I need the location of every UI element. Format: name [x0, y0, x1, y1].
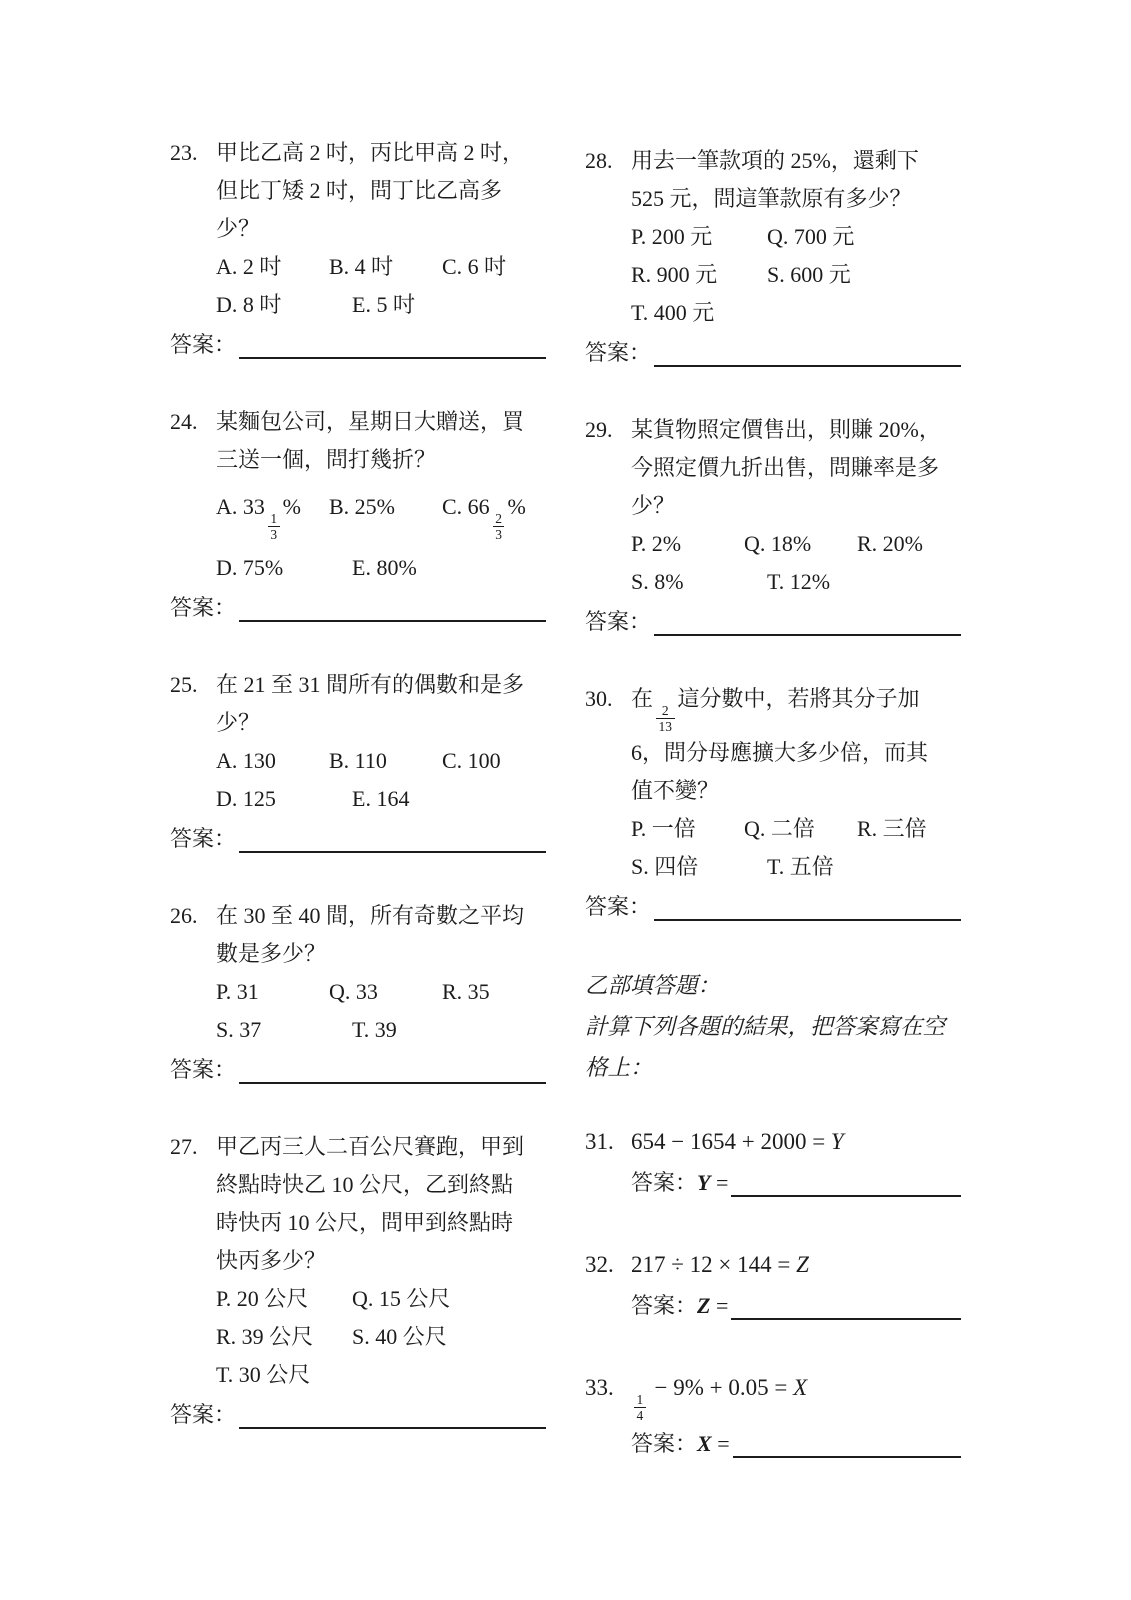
question-number: 26.	[170, 897, 216, 1049]
option: C. 6623%	[442, 488, 555, 542]
option: R. 三倍	[857, 810, 970, 848]
answer-row: 答案：Y =	[631, 1165, 963, 1201]
option: T. 400 元	[631, 294, 744, 332]
math-variable: X	[697, 1431, 712, 1456]
question-main: 32.217 ÷ 12 × 144 = Z	[585, 1245, 963, 1285]
answer-row: 答案：	[585, 889, 963, 925]
option-row: D. 125E. 164	[216, 780, 555, 818]
option: T. 五倍	[767, 848, 903, 886]
option: S. 8%	[631, 563, 767, 601]
question-body: 在 30 至 40 間，所有奇數之平均數是多少？P. 31Q. 33R. 35S…	[216, 897, 555, 1049]
question-number: 23.	[170, 134, 216, 324]
question-body: 14 − 9% + 0.05 = X	[631, 1368, 963, 1423]
answer-row: 答案：X =	[631, 1426, 963, 1462]
option: P. 2%	[631, 525, 744, 563]
answer-label: 答案：	[170, 821, 236, 857]
option-row: P. 一倍Q. 二倍R. 三倍	[631, 810, 970, 848]
fraction: 13	[268, 511, 280, 542]
option: T. 12%	[767, 563, 903, 601]
section-header-line: 乙部填答題：	[585, 965, 963, 1006]
question-block: 25.在 21 至 31 間所有的偶數和是多少？A. 130B. 110C. 1…	[170, 666, 548, 857]
option: E. 164	[352, 780, 488, 818]
question-body: 用去一筆款項的 25%，還剩下525 元，問這筆款原有多少？P. 200 元Q.…	[631, 142, 963, 332]
option-row: A. 2 吋B. 4 吋C. 6 吋	[216, 248, 555, 286]
option: T. 30 公尺	[216, 1356, 329, 1394]
question-block: 26.在 30 至 40 間，所有奇數之平均數是多少？P. 31Q. 33R. …	[170, 897, 548, 1088]
option: C. 100	[442, 742, 555, 780]
option: Q. 700 元	[767, 218, 903, 256]
question-stem-line: 在 30 至 40 間，所有奇數之平均	[216, 897, 555, 935]
question-main: 33.14 − 9% + 0.05 = X	[585, 1368, 963, 1423]
answer-label: 答案：	[585, 335, 651, 371]
answer-label: 答案：	[170, 327, 236, 363]
question-number: 31.	[585, 1122, 631, 1162]
answer-row: 答案：	[585, 335, 963, 371]
fraction: 23	[493, 511, 505, 542]
fill-question: 33.14 − 9% + 0.05 = X答案：X =	[585, 1368, 963, 1462]
answer-label: 答案：	[585, 604, 651, 640]
option-row: S. 四倍T. 五倍	[631, 848, 970, 886]
question-block: 28.用去一筆款項的 25%，還剩下525 元，問這筆款原有多少？P. 200 …	[585, 142, 963, 371]
fill-question: 32.217 ÷ 12 × 144 = Z答案：Z =	[585, 1245, 963, 1324]
option: P. 20 公尺	[216, 1280, 352, 1318]
option: A. 3313%	[216, 488, 329, 542]
question-body: 某貨物照定價售出，則賺 20%，今照定價九折出售，問賺率是多少？P. 2%Q. …	[631, 411, 970, 601]
question-number: 29.	[585, 411, 631, 601]
equation: 654 − 1654 + 2000 = Y	[631, 1122, 963, 1162]
option-row: P. 20 公尺Q. 15 公尺	[216, 1280, 548, 1318]
question-stem-line: 6，問分母應擴大多少倍，而其	[631, 734, 970, 772]
math-variable: Y	[697, 1170, 710, 1195]
column-right: 28.用去一筆款項的 25%，還剩下525 元，問這筆款原有多少？P. 200 …	[585, 142, 963, 1506]
option: S. 四倍	[631, 848, 767, 886]
question-body: 在213這分數中，若將其分子加6，問分母應擴大多少倍，而其值不變？P. 一倍Q.…	[631, 680, 970, 886]
option: R. 35	[442, 973, 555, 1011]
option-row: R. 39 公尺S. 40 公尺	[216, 1318, 548, 1356]
option-row: P. 200 元Q. 700 元	[631, 218, 963, 256]
option: S. 600 元	[767, 256, 903, 294]
answer-blank-line	[239, 825, 546, 853]
answer-blank-line	[654, 608, 961, 636]
question-block: 23.甲比乙高 2 吋，丙比甲高 2 吋，但比丁矮 2 吋，問丁比乙高多少？A.…	[170, 134, 548, 363]
question-body: 甲比乙高 2 吋，丙比甲高 2 吋，但比丁矮 2 吋，問丁比乙高多少？A. 2 …	[216, 134, 555, 324]
answer-prefix: 答案：X =	[631, 1426, 730, 1462]
question-main: 31.654 − 1654 + 2000 = Y	[585, 1122, 963, 1162]
fraction: 213	[656, 703, 675, 734]
question-body: 甲乙丙三人二百公尺賽跑，甲到終點時快乙 10 公尺，乙到終點時快丙 10 公尺，…	[216, 1128, 548, 1394]
math-variable: X	[793, 1375, 807, 1400]
question-main: 25.在 21 至 31 間所有的偶數和是多少？A. 130B. 110C. 1…	[170, 666, 548, 818]
option: Q. 18%	[744, 525, 857, 563]
question-stem-line: 525 元，問這筆款原有多少？	[631, 180, 963, 218]
option: S. 40 公尺	[352, 1318, 488, 1356]
equation: 217 ÷ 12 × 144 = Z	[631, 1245, 963, 1285]
question-number: 30.	[585, 680, 631, 886]
option: A. 2 吋	[216, 248, 329, 286]
question-block: 29.某貨物照定價售出，則賺 20%，今照定價九折出售，問賺率是多少？P. 2%…	[585, 411, 963, 640]
question-stem-line: 甲乙丙三人二百公尺賽跑，甲到	[216, 1128, 548, 1166]
option: S. 37	[216, 1011, 352, 1049]
question-stem-line: 快丙多少？	[216, 1242, 548, 1280]
question-block: 27.甲乙丙三人二百公尺賽跑，甲到終點時快乙 10 公尺，乙到終點時快丙 10 …	[170, 1128, 548, 1433]
question-main: 24.某麵包公司，星期日大贈送，買三送一個，問打幾折？A. 3313%B. 25…	[170, 403, 548, 587]
answer-prefix: 答案：Y =	[631, 1165, 728, 1201]
question-main: 23.甲比乙高 2 吋，丙比甲高 2 吋，但比丁矮 2 吋，問丁比乙高多少？A.…	[170, 134, 548, 324]
question-block: 30.在213這分數中，若將其分子加6，問分母應擴大多少倍，而其值不變？P. 一…	[585, 680, 963, 925]
exam-page: { "answer_label": "答案：", "columns": [ { …	[0, 0, 1131, 1600]
question-number: 27.	[170, 1128, 216, 1394]
option-row: A. 130B. 110C. 100	[216, 742, 555, 780]
option: R. 900 元	[631, 256, 767, 294]
option-row: P. 31Q. 33R. 35	[216, 973, 555, 1011]
question-stem-line: 甲比乙高 2 吋，丙比甲高 2 吋，	[216, 134, 555, 172]
question-stem-line: 三送一個，問打幾折？	[216, 441, 555, 479]
option: P. 31	[216, 973, 329, 1011]
question-main: 27.甲乙丙三人二百公尺賽跑，甲到終點時快乙 10 公尺，乙到終點時快丙 10 …	[170, 1128, 548, 1394]
column-left: 23.甲比乙高 2 吋，丙比甲高 2 吋，但比丁矮 2 吋，問丁比乙高多少？A.…	[170, 134, 548, 1506]
math-variable: Z	[796, 1252, 809, 1277]
question-number: 28.	[585, 142, 631, 332]
answer-row: 答案：	[170, 1052, 548, 1088]
math-variable: Y	[831, 1129, 844, 1154]
option: B. 110	[329, 742, 442, 780]
question-body: 某麵包公司，星期日大贈送，買三送一個，問打幾折？A. 3313%B. 25%C.…	[216, 403, 555, 587]
option: D. 125	[216, 780, 352, 818]
answer-label: 答案：	[585, 889, 651, 925]
option: Q. 二倍	[744, 810, 857, 848]
option-row: A. 3313%B. 25%C. 6623%	[216, 488, 555, 542]
section-header-line: 計算下列各題的結果，把答案寫在空	[585, 1006, 963, 1047]
option: R. 39 公尺	[216, 1318, 352, 1356]
answer-row: 答案：	[170, 590, 548, 626]
answer-label: 答案：	[170, 1052, 236, 1088]
question-number: 33.	[585, 1368, 631, 1423]
question-main: 30.在213這分數中，若將其分子加6，問分母應擴大多少倍，而其值不變？P. 一…	[585, 680, 963, 886]
question-main: 28.用去一筆款項的 25%，還剩下525 元，問這筆款原有多少？P. 200 …	[585, 142, 963, 332]
option: R. 20%	[857, 525, 970, 563]
answer-blank-line	[654, 893, 961, 921]
question-stem-line: 用去一筆款項的 25%，還剩下	[631, 142, 963, 180]
answer-blank-line	[239, 594, 546, 622]
option: C. 6 吋	[442, 248, 555, 286]
answer-label: 答案：	[170, 1397, 236, 1433]
option: T. 39	[352, 1011, 488, 1049]
answer-blank-line	[731, 1169, 961, 1197]
answer-blank-line	[733, 1430, 961, 1458]
question-stem-line: 但比丁矮 2 吋，問丁比乙高多	[216, 172, 555, 210]
question-number: 24.	[170, 403, 216, 587]
question-stem-line: 少？	[216, 704, 555, 742]
option: A. 130	[216, 742, 329, 780]
page-content: 23.甲比乙高 2 吋，丙比甲高 2 吋，但比丁矮 2 吋，問丁比乙高多少？A.…	[0, 0, 1131, 1506]
answer-label: 答案：	[170, 590, 236, 626]
option: B. 25%	[329, 488, 442, 542]
option-row: S. 8%T. 12%	[631, 563, 970, 601]
option: P. 200 元	[631, 218, 767, 256]
option-row: S. 37T. 39	[216, 1011, 555, 1049]
option-row: T. 30 公尺	[216, 1356, 548, 1394]
section-header-line: 格上：	[585, 1047, 963, 1088]
question-number: 25.	[170, 666, 216, 818]
question-body: 217 ÷ 12 × 144 = Z	[631, 1245, 963, 1285]
question-main: 26.在 30 至 40 間，所有奇數之平均數是多少？P. 31Q. 33R. …	[170, 897, 548, 1049]
option: Q. 33	[329, 973, 442, 1011]
option: D. 75%	[216, 549, 352, 587]
question-number: 32.	[585, 1245, 631, 1285]
option: B. 4 吋	[329, 248, 442, 286]
option: P. 一倍	[631, 810, 744, 848]
option-row: P. 2%Q. 18%R. 20%	[631, 525, 970, 563]
fraction: 14	[634, 1392, 646, 1423]
answer-row: 答案：	[585, 604, 963, 640]
option-row: D. 8 吋E. 5 吋	[216, 286, 555, 324]
question-stem-line: 少？	[216, 210, 555, 248]
section-header: 乙部填答題：計算下列各題的結果，把答案寫在空格上：	[585, 965, 963, 1088]
fill-question: 31.654 − 1654 + 2000 = Y答案：Y =	[585, 1122, 963, 1201]
question-stem-line: 數是多少？	[216, 935, 555, 973]
math-variable: Z	[697, 1293, 710, 1318]
question-stem-line: 某麵包公司，星期日大贈送，買	[216, 403, 555, 441]
question-stem-line: 少？	[631, 487, 970, 525]
option: E. 80%	[352, 549, 488, 587]
question-stem-line: 值不變？	[631, 772, 970, 810]
answer-row: 答案：	[170, 327, 548, 363]
question-stem-line: 在 21 至 31 間所有的偶數和是多	[216, 666, 555, 704]
question-stem-line: 今照定價九折出售，問賺率是多	[631, 449, 970, 487]
question-stem-line: 某貨物照定價售出，則賺 20%，	[631, 411, 970, 449]
answer-blank-line	[731, 1292, 961, 1320]
question-main: 29.某貨物照定價售出，則賺 20%，今照定價九折出售，問賺率是多少？P. 2%…	[585, 411, 963, 601]
option-row: D. 75%E. 80%	[216, 549, 555, 587]
answer-blank-line	[654, 339, 961, 367]
answer-blank-line	[239, 1056, 546, 1084]
equation: 14 − 9% + 0.05 = X	[631, 1368, 963, 1423]
question-block: 24.某麵包公司，星期日大贈送，買三送一個，問打幾折？A. 3313%B. 25…	[170, 403, 548, 626]
answer-blank-line	[239, 1401, 546, 1429]
question-stem-line: 時快丙 10 公尺，問甲到終點時	[216, 1204, 548, 1242]
answer-prefix: 答案：Z =	[631, 1288, 728, 1324]
answer-blank-line	[239, 331, 546, 359]
option: Q. 15 公尺	[352, 1280, 488, 1318]
option: E. 5 吋	[352, 286, 488, 324]
question-stem-line: 終點時快乙 10 公尺，乙到終點	[216, 1166, 548, 1204]
question-body: 654 − 1654 + 2000 = Y	[631, 1122, 963, 1162]
option: D. 8 吋	[216, 286, 352, 324]
option-row: T. 400 元	[631, 294, 963, 332]
answer-row: 答案：	[170, 1397, 548, 1433]
question-body: 在 21 至 31 間所有的偶數和是多少？A. 130B. 110C. 100D…	[216, 666, 555, 818]
option-row: R. 900 元S. 600 元	[631, 256, 963, 294]
answer-row: 答案：	[170, 821, 548, 857]
answer-row: 答案：Z =	[631, 1288, 963, 1324]
question-stem-line: 在213這分數中，若將其分子加	[631, 680, 970, 734]
